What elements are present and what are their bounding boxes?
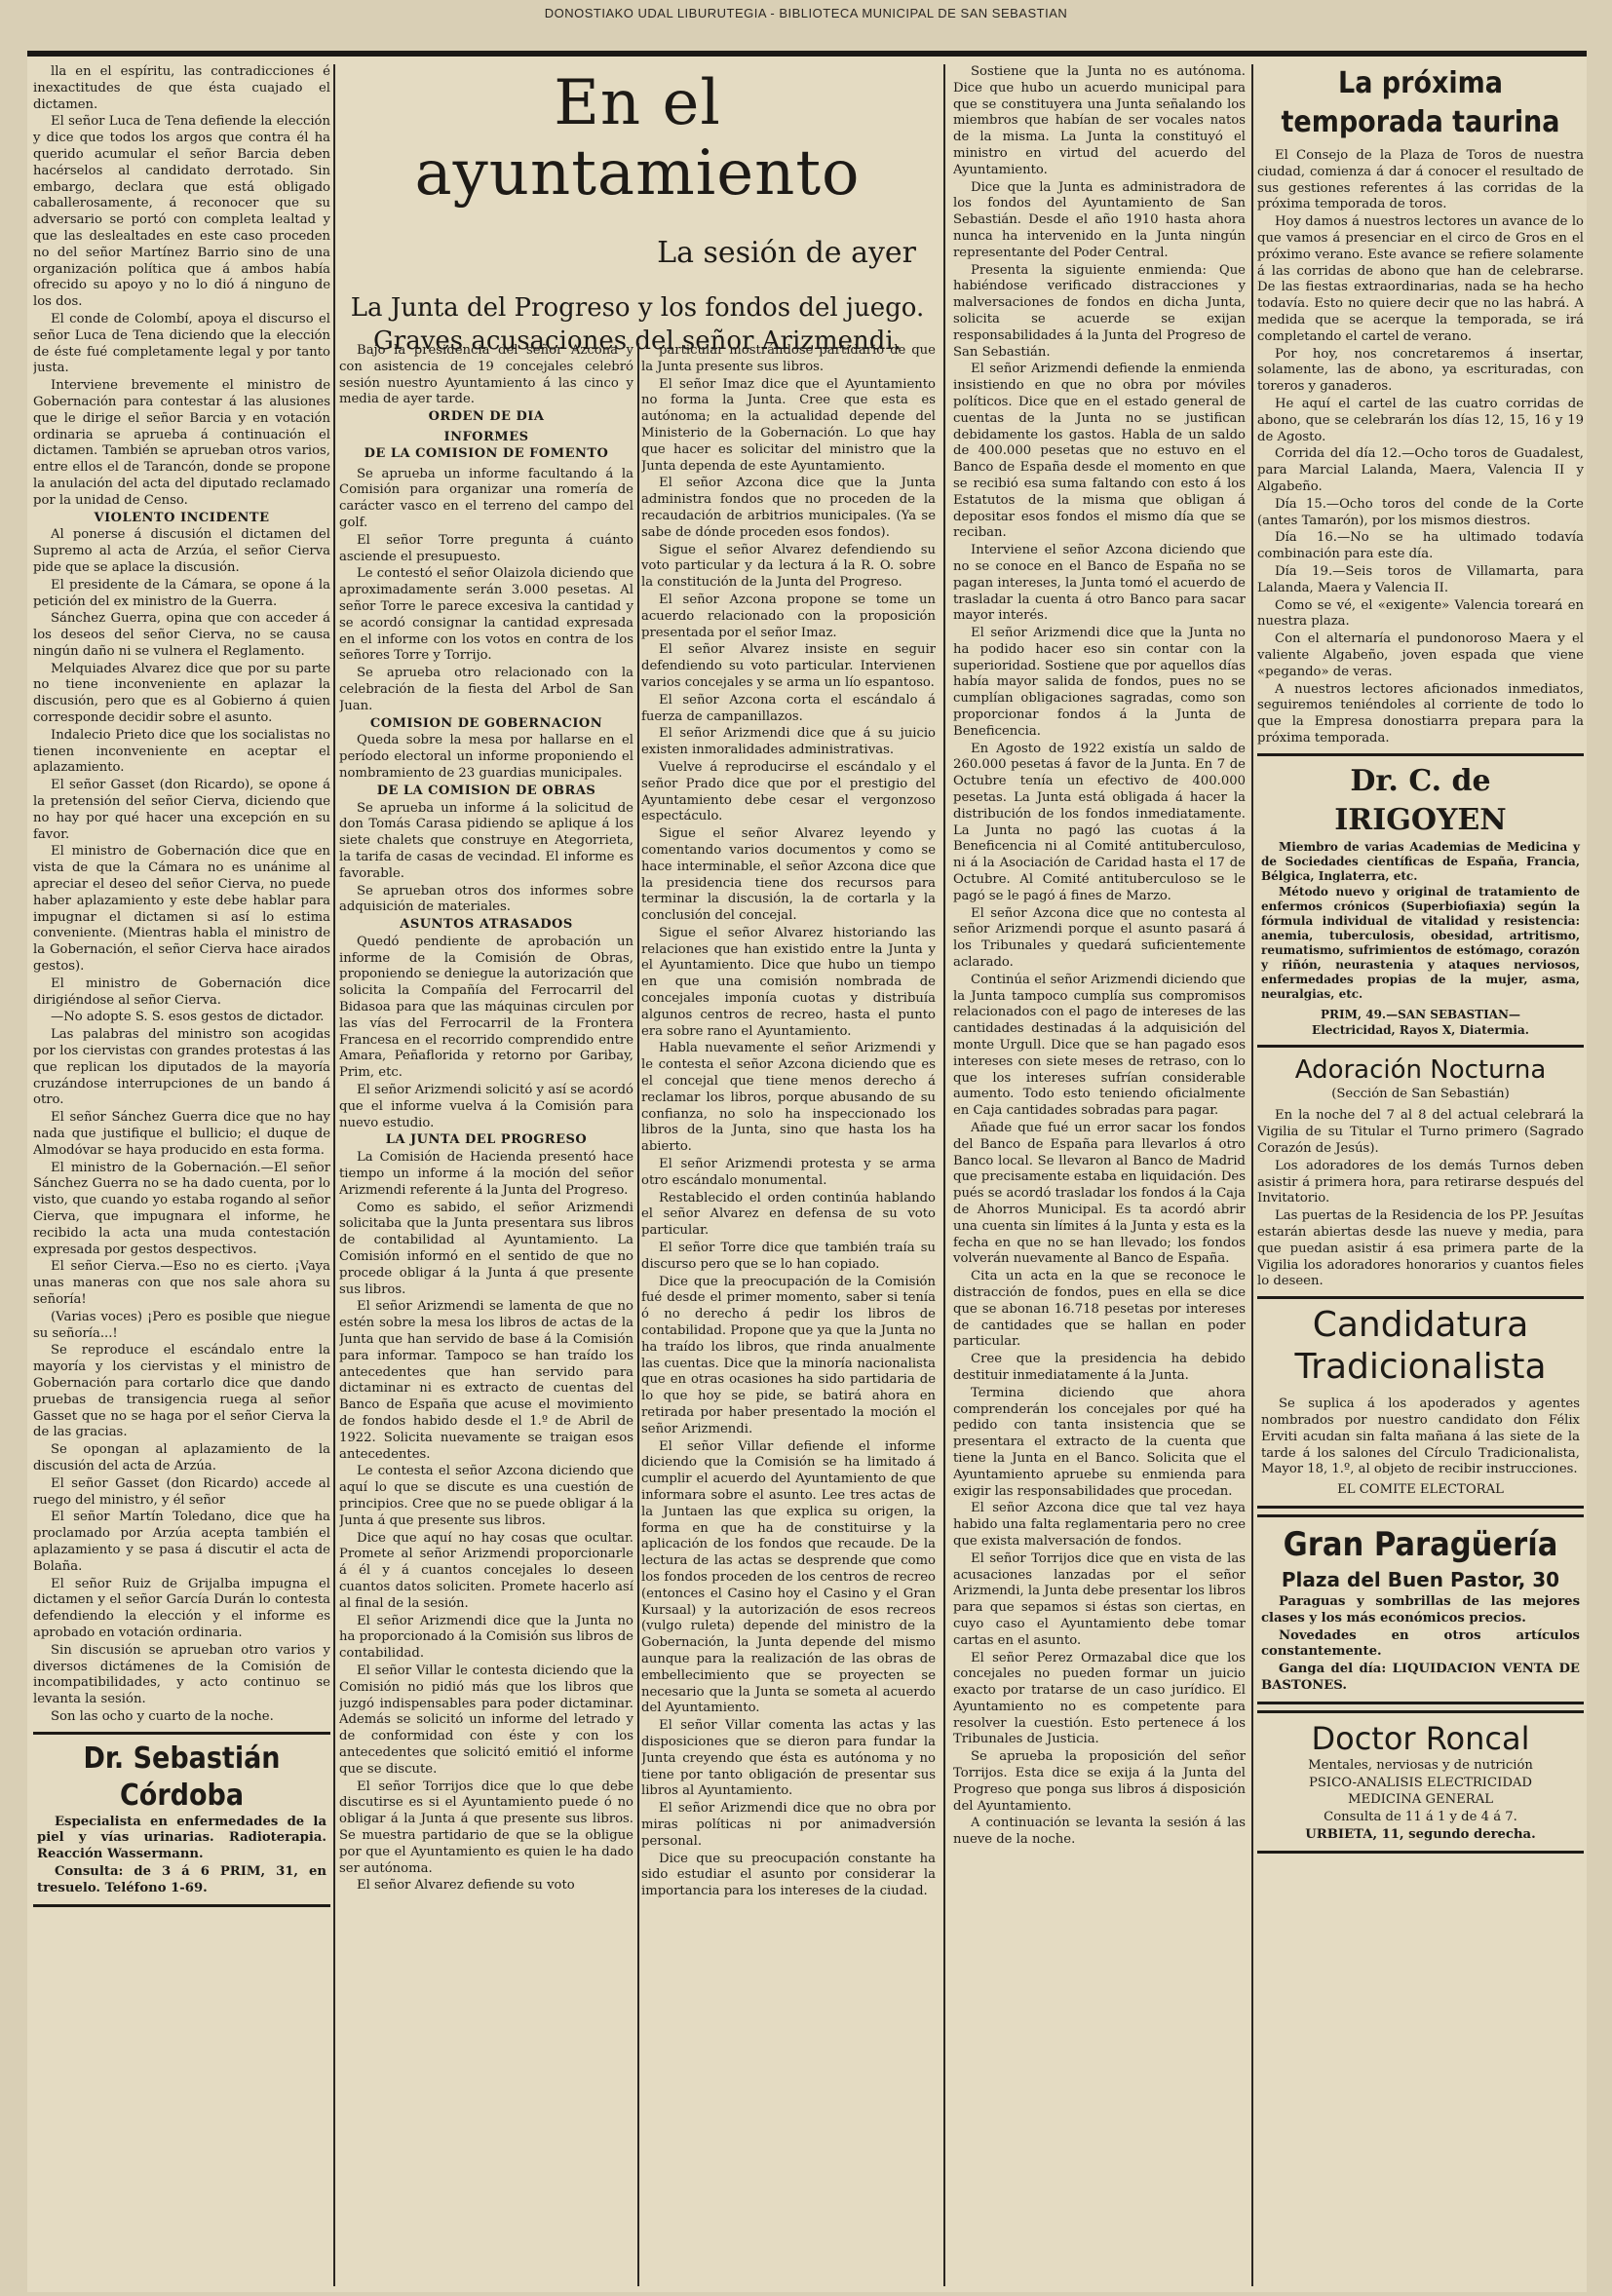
paragraph: Dice que su preocupación constante ha si… — [641, 1852, 936, 1900]
paragraph: Dice que la Junta es administradora de l… — [953, 180, 1246, 262]
paragraph: Como es sabido, el señor Arizmendi solic… — [339, 1201, 633, 1299]
paragraph: Habla nuevamente el señor Arizmendi y le… — [641, 1041, 936, 1156]
paragraph: El señor Arizmendi defiende la enmienda … — [953, 362, 1246, 542]
adoracion-title: Adoración Nocturna — [1257, 1053, 1584, 1087]
section-head-atrasados: ASUNTOS ATRASADOS — [339, 917, 633, 934]
paragraph: El señor Alvarez insiste en seguir defen… — [641, 642, 936, 691]
ad-paragueria-line2: Novedades en otros artículos constanteme… — [1261, 1628, 1580, 1662]
paragraph: A continuación se levanta la sesión á la… — [953, 1816, 1246, 1849]
ad-cordoba-line1: Especialista en enfermedades de la piel … — [37, 1815, 326, 1863]
paragraph: El ministro de Gobernación dice dirigién… — [33, 976, 330, 1010]
paragraph: En la noche del 7 al 8 del actual celebr… — [1257, 1108, 1584, 1157]
archive-header: DONOSTIAKO UDAL LIBURUTEGIA - BIBLIOTECA… — [0, 6, 1612, 20]
paragraph: El señor Azcona dice que tal vez haya ha… — [953, 1501, 1246, 1550]
paragraph: El señor Luca de Tena defiende la elecci… — [33, 114, 330, 311]
ad-roncal-title: Doctor Roncal — [1261, 1719, 1580, 1758]
ad-paragueria: Gran Paragüería Plaza del Buen Pastor, 3… — [1257, 1514, 1584, 1704]
paragraph: Dice que aquí no hay cosas que ocultar. … — [339, 1531, 633, 1613]
ad-paragueria-title: Gran Paragüería — [1261, 1523, 1580, 1566]
paragraph: El señor Azcona corta el escándalo á fue… — [641, 693, 936, 726]
paragraph: (Varias voces) ¡Pero es posible que nieg… — [33, 1310, 330, 1343]
ad-irigoyen-name: Dr. C. de IRIGOYEN — [1261, 762, 1580, 840]
paragraph: Sin discusión se aprueban otro varios y … — [33, 1643, 330, 1708]
ad-cordoba: Dr. Sebastián Córdoba Especialista en en… — [33, 1732, 330, 1907]
column-1-paragraphs-2: Al ponerse á discusión el dictamen del S… — [33, 527, 330, 1725]
ad-roncal-line1: Mentales, nerviosas y de nutrición — [1261, 1758, 1580, 1775]
adoracion-article: Adoración Nocturna (Sección de San Sebas… — [1257, 1053, 1584, 1291]
paragraph: El señor Imaz dice que el Ayuntamiento n… — [641, 377, 936, 476]
paragraph: El ministro de Gobernación dice que en v… — [33, 844, 330, 975]
paragraph: Quedó pendiente de aprobación un informe… — [339, 935, 633, 1082]
adoracion-subtitle: (Sección de San Sebastián) — [1257, 1087, 1584, 1103]
paragraph: lla en el espíritu, las contradicciones … — [33, 64, 330, 113]
paragraph: El señor Azcona propone se tome un acuer… — [641, 593, 936, 641]
paragraph: Continúa el señor Arizmendi diciendo que… — [953, 973, 1246, 1120]
candidatura-text: Se suplica á los apoderados y agentes no… — [1261, 1397, 1580, 1478]
paragraph: Día 16.—No se ha ultimado todavía combin… — [1257, 530, 1584, 563]
paragraph: Le contestó el señor Olaizola diciendo q… — [339, 566, 633, 665]
headline-deck-1: La Junta del Progreso y los fondos del j… — [339, 291, 936, 325]
headline-title: En el ayuntamiento — [339, 68, 936, 209]
paragraph: El señor Ruiz de Grijalba impugna el dic… — [33, 1577, 330, 1642]
fomento-paragraphs: Se aprueba un informe facultando á la Co… — [339, 467, 633, 715]
paragraph: Sigue el señor Alvarez historiando las r… — [641, 926, 936, 1041]
paragraph: Como se vé, el «exigente» Valencia torea… — [1257, 598, 1584, 631]
ad-roncal-line5: URBIETA, 11, segundo derecha. — [1261, 1827, 1580, 1844]
ad-roncal-line2: PSICO-ANALISIS ELECTRICIDAD — [1261, 1776, 1580, 1792]
column-rule — [943, 64, 945, 2286]
paragraph: Son las ocho y cuarto de la noche. — [33, 1709, 330, 1726]
ad-roncal-line4: Consulta de 11 á 1 y de 4 á 7. — [1261, 1810, 1580, 1826]
section-head-violento: VIOLENTO INCIDENTE — [33, 511, 330, 527]
section-head-obras: DE LA COMISION DE OBRAS — [339, 784, 633, 800]
paragraph: Indalecio Prieto dice que los socialista… — [33, 728, 330, 777]
paragraph: El señor Torre dice que también traía su… — [641, 1241, 936, 1274]
paragraph: El señor Martín Toledano, dice que ha pr… — [33, 1510, 330, 1575]
section-head-fomento: DE LA COMISION DE FOMENTO — [339, 446, 633, 463]
taurina-article: La próxima temporada taurina El Consejo … — [1257, 64, 1584, 747]
paragraph: El ministro de la Gobernación.—El señor … — [33, 1161, 330, 1259]
paragraph: Dice que la preocupación de la Comisión … — [641, 1275, 936, 1438]
paragraph: El señor Azcona dice que no contesta al … — [953, 906, 1246, 972]
paragraph: Las puertas de la Residencia de los PP. … — [1257, 1208, 1584, 1290]
adoracion-paragraphs: En la noche del 7 al 8 del actual celebr… — [1257, 1108, 1584, 1290]
newspaper-page: lla en el espíritu, las contradicciones … — [27, 51, 1587, 2292]
paragraph: El Consejo de la Plaza de Toros de nuest… — [1257, 148, 1584, 213]
ad-irigoyen-address: PRIM, 49.—SAN SEBASTIAN— — [1261, 1008, 1580, 1022]
paragraph: Termina diciendo que ahora comprenderán … — [953, 1386, 1246, 1501]
paragraph: Al ponerse á discusión el dictamen del S… — [33, 527, 330, 576]
column-4: Sostiene que la Junta no es autónoma. Di… — [953, 64, 1246, 2286]
paragraph: El señor Alvarez defiende su voto — [339, 1878, 633, 1894]
paragraph: El señor Arizmendi dice que la Junta no … — [339, 1614, 633, 1663]
paragraph: particular mostrándose partidario de que… — [641, 343, 936, 376]
paragraph: Añade que fué un error sacar los fondos … — [953, 1121, 1246, 1268]
paragraph: El señor Arizmendi dice que á su juicio … — [641, 726, 936, 759]
candidatura-title-2: Tradicionalista — [1261, 1346, 1580, 1389]
section-head-junta: LA JUNTA DEL PROGRESO — [339, 1132, 633, 1149]
candidatura-signature: EL COMITE ELECTORAL — [1261, 1482, 1580, 1499]
paragraph: La Comisión de Hacienda presentó hace ti… — [339, 1150, 633, 1199]
candidatura-notice: Candidatura Tradicionalista Se suplica á… — [1257, 1296, 1584, 1509]
paragraph: El señor Azcona dice que la Junta admini… — [641, 476, 936, 541]
paragraph: El señor Torrijos dice que lo que debe d… — [339, 1779, 633, 1878]
paragraph: Melquiades Alvarez dice que por su parte… — [33, 662, 330, 727]
paragraph: Se aprueba un informe á la solicitud de … — [339, 801, 633, 883]
paragraph: —No adopte S. S. esos gestos de dictador… — [33, 1010, 330, 1026]
ad-irigoyen: Dr. C. de IRIGOYEN Miembro de varias Aca… — [1257, 753, 1584, 1048]
paragraph: Día 15.—Ocho toros del conde de la Corte… — [1257, 497, 1584, 530]
taurina-paragraphs: El Consejo de la Plaza de Toros de nuest… — [1257, 148, 1584, 747]
paragraph: Sostiene que la Junta no es autónoma. Di… — [953, 64, 1246, 179]
column-4-paragraphs: Sostiene que la Junta no es autónoma. Di… — [953, 64, 1246, 1849]
headline-block: En el ayuntamiento La sesión de ayer La … — [339, 64, 936, 341]
paragraph: Le contesta el señor Azcona diciendo que… — [339, 1464, 633, 1529]
paragraph: Sigue el señor Alvarez leyendo y comenta… — [641, 826, 936, 925]
paragraph: Cita un acta en la que se reconoce le di… — [953, 1269, 1246, 1351]
paragraph: Interviene brevemente el ministro de Gob… — [33, 378, 330, 509]
column-1-paragraphs: lla en el espíritu, las contradicciones … — [33, 64, 330, 510]
ad-paragueria-address: Plaza del Buen Pastor, 30 — [1261, 1566, 1580, 1593]
paragraph: Se aprueba un informe facultando á la Co… — [339, 467, 633, 532]
paragraph: El señor Cierva.—Eso no es cierto. ¡Vaya… — [33, 1259, 330, 1308]
gobernacion-paragraph: Queda sobre la mesa por hallarse en el p… — [339, 733, 633, 782]
column-3-paragraphs: particular mostrándose partidario de que… — [641, 343, 936, 1900]
atrasados-paragraphs: Quedó pendiente de aprobación un informe… — [339, 935, 633, 1132]
section-head-orden: ORDEN DE DIA — [339, 409, 633, 426]
column-3: particular mostrándose partidario de que… — [641, 343, 936, 2286]
ad-irigoyen-extra: Electricidad, Rayos X, Diatermia. — [1261, 1023, 1580, 1038]
paragraph: Las palabras del ministro son acogidas p… — [33, 1027, 330, 1109]
section-head-gobernacion: COMISION DE GOBERNACION — [339, 716, 633, 733]
paragraph: Presenta la siguiente enmienda: Que habi… — [953, 263, 1246, 362]
paragraph: Los adoradores de los demás Turnos deben… — [1257, 1159, 1584, 1207]
candidatura-title-1: Candidatura — [1261, 1305, 1580, 1346]
obras-paragraphs: Se aprueba un informe á la solicitud de … — [339, 801, 633, 917]
paragraph: El señor Arizmendi solicitó y así se aco… — [339, 1083, 633, 1131]
paragraph: El señor Gasset (don Ricardo) accede al … — [33, 1476, 330, 1510]
paragraph: Cree que la presidencia ha debido destit… — [953, 1352, 1246, 1385]
intro-paragraph: Bajo la presidencia del señor Azcona y c… — [339, 343, 633, 408]
paragraph: El señor Arizmendi dice que no obra por … — [641, 1801, 936, 1850]
paragraph: Sánchez Guerra, opina que con acceder á … — [33, 611, 330, 660]
paragraph: Se aprueban otros dos informes sobre adq… — [339, 884, 633, 917]
column-rule — [333, 64, 335, 2286]
ad-irigoyen-method: Método nuevo y original de tratamiento d… — [1261, 885, 1580, 1002]
ad-paragueria-line1: Paraguas y sombrillas de las mejores cla… — [1261, 1594, 1580, 1627]
paragraph: El señor Arizmendi dice que la Junta no … — [953, 626, 1246, 741]
paragraph: El presidente de la Cámara, se opone á l… — [33, 578, 330, 611]
paragraph: Hoy damos á nuestros lectores un avance … — [1257, 214, 1584, 345]
section-head-informes: INFORMES — [339, 430, 633, 446]
paragraph: He aquí el cartel de las cuatro corridas… — [1257, 397, 1584, 445]
paragraph: El señor Torrijos dice que en vista de l… — [953, 1551, 1246, 1650]
ad-irigoyen-credentials: Miembro de varias Academias de Medicina … — [1261, 840, 1580, 884]
ad-paragueria-line3: Ganga del día: LIQUIDACION VENTA DE BAST… — [1261, 1662, 1580, 1695]
paragraph: Restablecido el orden continúa hablando … — [641, 1191, 936, 1240]
paragraph: El señor Villar comenta las actas y las … — [641, 1718, 936, 1800]
paragraph: El señor Villar defiende el informe dici… — [641, 1439, 936, 1718]
paragraph: Se aprueba otro relacionado con la celeb… — [339, 666, 633, 714]
column-rule — [637, 343, 639, 2286]
paragraph: Se aprueba la proposición del señor Torr… — [953, 1749, 1246, 1815]
paragraph: Se reproduce el escándalo entre la mayor… — [33, 1343, 330, 1441]
paragraph: El señor Torre pregunta á cuánto asciend… — [339, 533, 633, 566]
paragraph: El señor Arizmendi se lamenta de que no … — [339, 1299, 633, 1463]
taurina-title: La próxima temporada taurina — [1257, 64, 1584, 142]
paragraph: Sigue el señor Alvarez defendiendo su vo… — [641, 543, 936, 592]
column-rule — [1251, 64, 1253, 2286]
paragraph: El conde de Colombí, apoya el discurso e… — [33, 312, 330, 377]
paragraph: Vuelve á reproducirse el escándalo y el … — [641, 760, 936, 825]
paragraph: En Agosto de 1922 existía un saldo de 26… — [953, 742, 1246, 905]
paragraph: Con el alternaría el pundonoroso Maera y… — [1257, 631, 1584, 680]
column-5: La próxima temporada taurina El Consejo … — [1257, 64, 1584, 2286]
ad-roncal-line3: MEDICINA GENERAL — [1261, 1792, 1580, 1809]
paragraph: El señor Sánchez Guerra dice que no hay … — [33, 1110, 330, 1159]
paragraph: Por hoy, nos concretaremos á insertar, s… — [1257, 347, 1584, 396]
paragraph: Corrida del día 12.—Ocho toros de Guadal… — [1257, 446, 1584, 495]
paragraph: Se opongan al aplazamiento de la discusi… — [33, 1442, 330, 1475]
ad-cordoba-name: Dr. Sebastián Córdoba — [37, 1741, 326, 1815]
paragraph: El señor Perez Ormazabal dice que los co… — [953, 1651, 1246, 1749]
column-1: lla en el espíritu, las contradicciones … — [33, 64, 330, 2286]
paragraph: El señor Arizmendi protesta y se arma ot… — [641, 1157, 936, 1190]
ad-cordoba-line2: Consulta: de 3 á 6 PRIM, 31, en tresuelo… — [37, 1864, 326, 1897]
paragraph: Interviene el señor Azcona diciendo que … — [953, 543, 1246, 625]
junta-paragraphs: La Comisión de Hacienda presentó hace ti… — [339, 1150, 633, 1894]
paragraph: El señor Villar le contesta diciendo que… — [339, 1664, 633, 1779]
column-2: Bajo la presidencia del señor Azcona y c… — [339, 343, 633, 2286]
paragraph: Día 19.—Seis toros de Villamarta, para L… — [1257, 564, 1584, 597]
ad-roncal: Doctor Roncal Mentales, nerviosas y de n… — [1257, 1710, 1584, 1854]
top-rule — [27, 51, 1587, 57]
paragraph: El señor Gasset (don Ricardo), se opone … — [33, 778, 330, 843]
headline-subtitle: La sesión de ayer — [339, 236, 916, 270]
paragraph: A nuestros lectores aficionados inmediat… — [1257, 682, 1584, 747]
